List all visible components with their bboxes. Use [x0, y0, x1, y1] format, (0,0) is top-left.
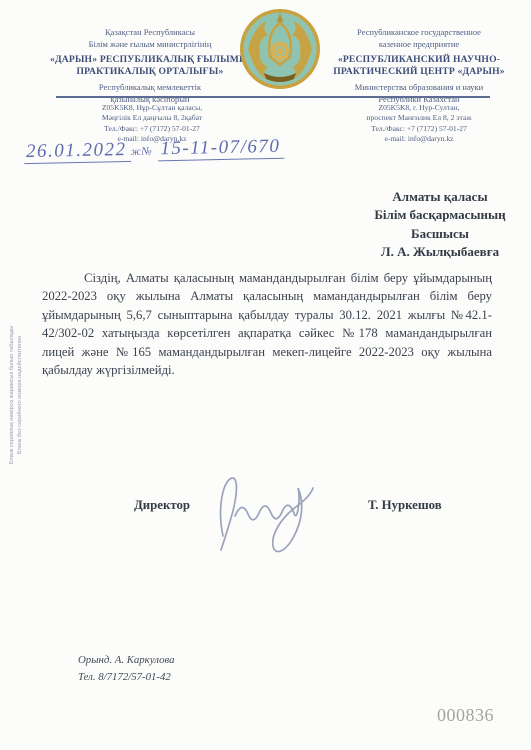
handwritten-outgoing-number: 15-11-07/670 [158, 136, 284, 162]
contact-kk-address-2: Мәңгілік Ел даңғылы 8, 2қабат [102, 113, 202, 122]
recipient-position: Басшысы [411, 226, 469, 241]
executor-name: Орынд. А. Каркулова [78, 654, 175, 666]
letterhead-kk-enterprise-1: Республикалық мемлекеттік [99, 82, 201, 92]
letter-body-paragraph: Сіздің, Алматы қаласының мамандандырылға… [42, 269, 492, 380]
recipient-name: Л. А. Жылқыбаевға [381, 244, 499, 259]
handwritten-signature-icon [205, 458, 330, 558]
contact-ru-email: e-mail: info@daryn.kz [385, 134, 454, 143]
side-note-kazakh: Бланк сериялық нөмірсіз жарамсыз болып т… [8, 285, 16, 505]
signatory-title: Директор [134, 498, 190, 513]
contact-ru-address-1: Z05K5K8, г. Нур-Султан, [378, 103, 459, 112]
letterhead-kk-country: Қазақстан Республикасы [105, 27, 195, 37]
executor-phone: Тел. 8/7172/57-01-42 [78, 671, 171, 683]
recipient-department: Білім басқармасының [374, 207, 505, 222]
letter-page: Бланк сериялық нөмірсіз жарамсыз болып т… [0, 0, 531, 750]
letterhead-russian-block: Республиканское государственное казенное… [318, 27, 520, 106]
letterhead-ru-org-name: «РЕСПУБЛИКАНСКИЙ НАУЧНО-ПРАКТИЧЕСКИЙ ЦЕН… [318, 54, 520, 79]
contact-kk-phone: Тел./Факс: +7 (7172) 57-01-27 [104, 124, 200, 133]
handwritten-number-sign: ж№ [130, 145, 152, 157]
contact-kk-address-1: Z05K5K8, Нұр-Сұлтан қаласы, [102, 103, 202, 112]
letterhead-kazakh-block: Қазақстан Республикасы Білім және ғылым … [48, 27, 252, 106]
letterhead-kk-org-name: «ДАРЫН» РЕСПУБЛИКАЛЫҚ ҒЫЛЫМИ-ПРАКТИКАЛЫҚ… [48, 54, 252, 79]
side-note-russian: Бланк без серийного номера недействителе… [16, 285, 24, 505]
contact-block-russian: Z05K5K8, г. Нур-Султан, проспект Мангили… [316, 103, 522, 144]
letterhead-ru-enterprise-1: Республиканское государственное [357, 27, 481, 37]
handwritten-date: 26.01.2022 [24, 139, 131, 164]
blank-serial-number: 000836 [437, 705, 494, 726]
signatory-name: Т. Нуркешов [368, 498, 442, 513]
blank-validity-side-note: Бланк сериялық нөмірсіз жарамсыз болып т… [8, 285, 24, 505]
contact-ru-phone: Тел./Факс: +7 (7172) 57-01-27 [371, 124, 467, 133]
recipient-city: Алматы қаласы [392, 189, 487, 204]
letterhead-ru-ministry: Министерства образования и науки [355, 82, 483, 92]
letterhead-divider [56, 96, 490, 98]
kazakhstan-state-emblem-icon [238, 7, 322, 91]
executor-block: Орынд. А. Каркулова Тел. 8/7172/57-01-42 [78, 652, 175, 685]
recipient-block: Алматы қаласы Білім басқармасының Басшыс… [330, 188, 531, 262]
contact-ru-address-2: проспект Мангилик Ел 8, 2 этаж [366, 113, 471, 122]
letterhead-kk-ministry: Білім және ғылым министрлігінің [89, 39, 212, 49]
letterhead-ru-enterprise-2: казенное предприятие [379, 39, 459, 49]
